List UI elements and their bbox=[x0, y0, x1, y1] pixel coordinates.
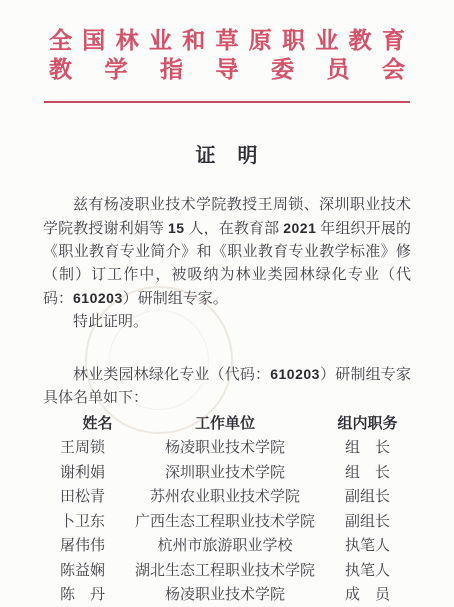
name-cell: 陈 丹 bbox=[60, 583, 135, 604]
closing-line: 特此证明。 bbox=[43, 311, 411, 334]
numeric-text: 610203 bbox=[270, 366, 320, 382]
column-header-role: 组内职务 bbox=[315, 412, 420, 433]
unit-cell: 苏州农业职业技术学院 bbox=[135, 485, 315, 506]
org-name-char: 育 bbox=[382, 26, 405, 55]
org-name-char: 林 bbox=[116, 26, 139, 55]
unit-cell: 杭州市旅游职业学校 bbox=[135, 534, 315, 555]
role-cell: 执笔人 bbox=[315, 559, 420, 580]
org-name-char: 职 bbox=[282, 26, 305, 55]
unit-cell: 杨凌职业技术学院 bbox=[135, 583, 315, 604]
org-name-char: 学 bbox=[105, 55, 128, 84]
table-row: 陈 丹 杨凌职业技术学院 成 员 bbox=[0, 582, 454, 607]
table-header-row: 姓名 工作单位 组内职务 bbox=[0, 410, 454, 435]
org-name-char: 导 bbox=[216, 55, 239, 84]
org-name-char: 和 bbox=[182, 26, 205, 55]
unit-cell: 广西生态工程职业技术学院 bbox=[135, 510, 315, 531]
role-cell: 副组长 bbox=[315, 510, 420, 531]
org-name-char: 员 bbox=[327, 55, 350, 84]
numeric-text: 15 bbox=[168, 220, 185, 236]
name-cell: 王周锁 bbox=[60, 436, 135, 457]
unit-cell: 深圳职业技术学院 bbox=[135, 461, 315, 482]
body-text: 林业类园林绿化专业（代码： bbox=[73, 367, 270, 383]
numeric-text: 2021 bbox=[283, 220, 316, 236]
document-title: 证 明 bbox=[0, 139, 454, 168]
org-name-char: 原 bbox=[249, 26, 272, 55]
letterhead-divider bbox=[44, 101, 410, 103]
letterhead: 全国林业和草原职业教育 教学指导委员会 bbox=[49, 0, 405, 84]
name-cell: 谢利娟 bbox=[60, 461, 135, 482]
org-name-line2: 教学指导委员会 bbox=[49, 55, 405, 84]
table-row: 陈益娴 湖北生态工程职业技术学院 执笔人 bbox=[0, 557, 454, 582]
body-paragraph: 兹有杨凌职业技术学院教授王周锁、深圳职业技术学院教授谢利娟等 15 人，在教育部… bbox=[43, 194, 411, 311]
role-cell: 组 长 bbox=[315, 461, 420, 482]
table-row: 屠伟伟 杭州市旅游职业学校 执笔人 bbox=[0, 533, 454, 558]
unit-cell: 湖北生态工程职业技术学院 bbox=[135, 559, 315, 580]
org-name-char: 会 bbox=[382, 55, 405, 84]
org-name-char: 业 bbox=[149, 26, 172, 55]
org-name-char: 国 bbox=[82, 26, 105, 55]
column-header-unit: 工作单位 bbox=[135, 412, 315, 433]
org-name-char: 全 bbox=[49, 26, 72, 55]
name-cell: 田松青 bbox=[60, 485, 135, 506]
roster-table: 姓名 工作单位 组内职务 王周锁 杨凌职业技术学院 组 长 谢利娟 深圳职业技术… bbox=[0, 410, 454, 606]
numeric-text: 610203 bbox=[73, 290, 123, 306]
role-cell: 组 长 bbox=[315, 436, 420, 457]
unit-cell: 杨凌职业技术学院 bbox=[135, 436, 315, 457]
role-cell: 成 员 bbox=[315, 583, 420, 604]
table-row: 卜卫东 广西生态工程职业技术学院 副组长 bbox=[0, 508, 454, 533]
table-row: 王周锁 杨凌职业技术学院 组 长 bbox=[0, 435, 454, 460]
role-cell: 执笔人 bbox=[315, 534, 420, 555]
table-body: 王周锁 杨凌职业技术学院 组 长 谢利娟 深圳职业技术学院 组 长 田松青 苏州… bbox=[0, 435, 454, 607]
body-text: ）研制组专家。 bbox=[123, 291, 228, 307]
document-body: 兹有杨凌职业技术学院教授王周锁、深圳职业技术学院教授谢利娟等 15 人，在教育部… bbox=[43, 194, 411, 410]
roster-intro: 林业类园林绿化专业（代码：610203）研制组专家具体名单如下： bbox=[43, 363, 411, 410]
org-name-char: 委 bbox=[271, 55, 294, 84]
org-name-char: 教 bbox=[49, 55, 72, 84]
org-name-char: 业 bbox=[315, 26, 338, 55]
name-cell: 卜卫东 bbox=[60, 510, 135, 531]
org-name-char: 草 bbox=[215, 26, 238, 55]
table-row: 谢利娟 深圳职业技术学院 组 长 bbox=[0, 459, 454, 484]
body-text: 人，在教育部 bbox=[185, 221, 284, 237]
name-cell: 陈益娴 bbox=[60, 559, 135, 580]
role-cell: 副组长 bbox=[315, 485, 420, 506]
certificate-page: 全国林业和草原职业教育 教学指导委员会 证 明 兹有杨凌职业技术学院教授王周锁、… bbox=[0, 0, 454, 607]
table-row: 田松青 苏州农业职业技术学院 副组长 bbox=[0, 484, 454, 509]
org-name-char: 指 bbox=[160, 55, 183, 84]
column-header-name: 姓名 bbox=[60, 412, 135, 433]
org-name-line1: 全国林业和草原职业教育 bbox=[49, 26, 405, 55]
name-cell: 屠伟伟 bbox=[60, 534, 135, 555]
org-name-char: 教 bbox=[349, 26, 372, 55]
